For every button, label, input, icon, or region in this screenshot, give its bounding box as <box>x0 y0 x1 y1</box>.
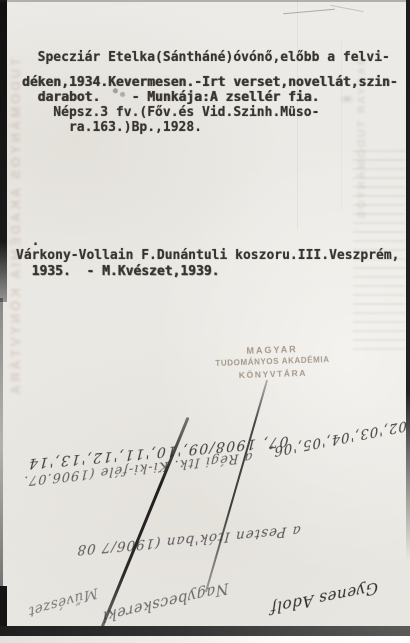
card-edge-left <box>0 298 3 590</box>
ownership-stamp: MAGYAR TUDOMÁNYOS AKADÉMIA KÖNYVTÁRA <box>209 342 335 382</box>
scratch-mark <box>283 9 335 15</box>
typed-entry-secondary: . Várkony-Vollain F.Dunántuli koszoru.II… <box>16 236 400 280</box>
typed-line: darabot. - Munkája:A zsellér fia. <box>22 90 398 105</box>
cancellation-stroke-right <box>205 380 268 593</box>
card-edge-top <box>0 0 410 2</box>
pencil-place-note: Nagybecskereki <box>115 579 230 622</box>
typed-line: Specziár Etelka(Sántháné)óvónő,előbb a f… <box>22 50 398 65</box>
typed-line: déken,1934.Kevermesen.-Irt verset,novell… <box>22 75 398 90</box>
card-edge-bottom <box>0 626 410 636</box>
typed-line: Várkony-Vollain F.Dunántuli koszoru.III.… <box>16 248 400 264</box>
pencil-signature: Gyenes Adolf <box>254 576 395 620</box>
pencil-text: Művészet <box>27 584 98 620</box>
typed-line: 1935. - M.Kvészet,1939. <box>16 264 400 280</box>
pencil-text: Nagybecskereki <box>102 579 230 626</box>
pencil-note-2: a Pesten Itók'ban (1906/7 08 <box>60 521 318 559</box>
pencil-text: a Pesten Itók'ban (1906/7 08 <box>76 522 301 558</box>
scan-background-strip <box>0 636 410 643</box>
scratch-mark <box>330 5 364 12</box>
typed-line: ra.163.)Bp.,1928. <box>22 120 398 135</box>
typed-entry-primary: Specziár Etelka(Sántháné)óvónő,előbb a f… <box>22 50 398 135</box>
catalog-card: TUDOMÁNYOS AKADÉMIA KÖNYVTÁRA MAGYAR TUD… <box>0 0 410 643</box>
card-edge-left <box>0 0 7 302</box>
typed-line: Népsz.3 fv.(Főv.és Vid.Szinh.Müso- <box>22 105 398 120</box>
typed-bullet: . <box>16 236 400 248</box>
card-edge-right <box>406 0 410 560</box>
pencil-text: Gyenes Adolf <box>270 578 378 617</box>
